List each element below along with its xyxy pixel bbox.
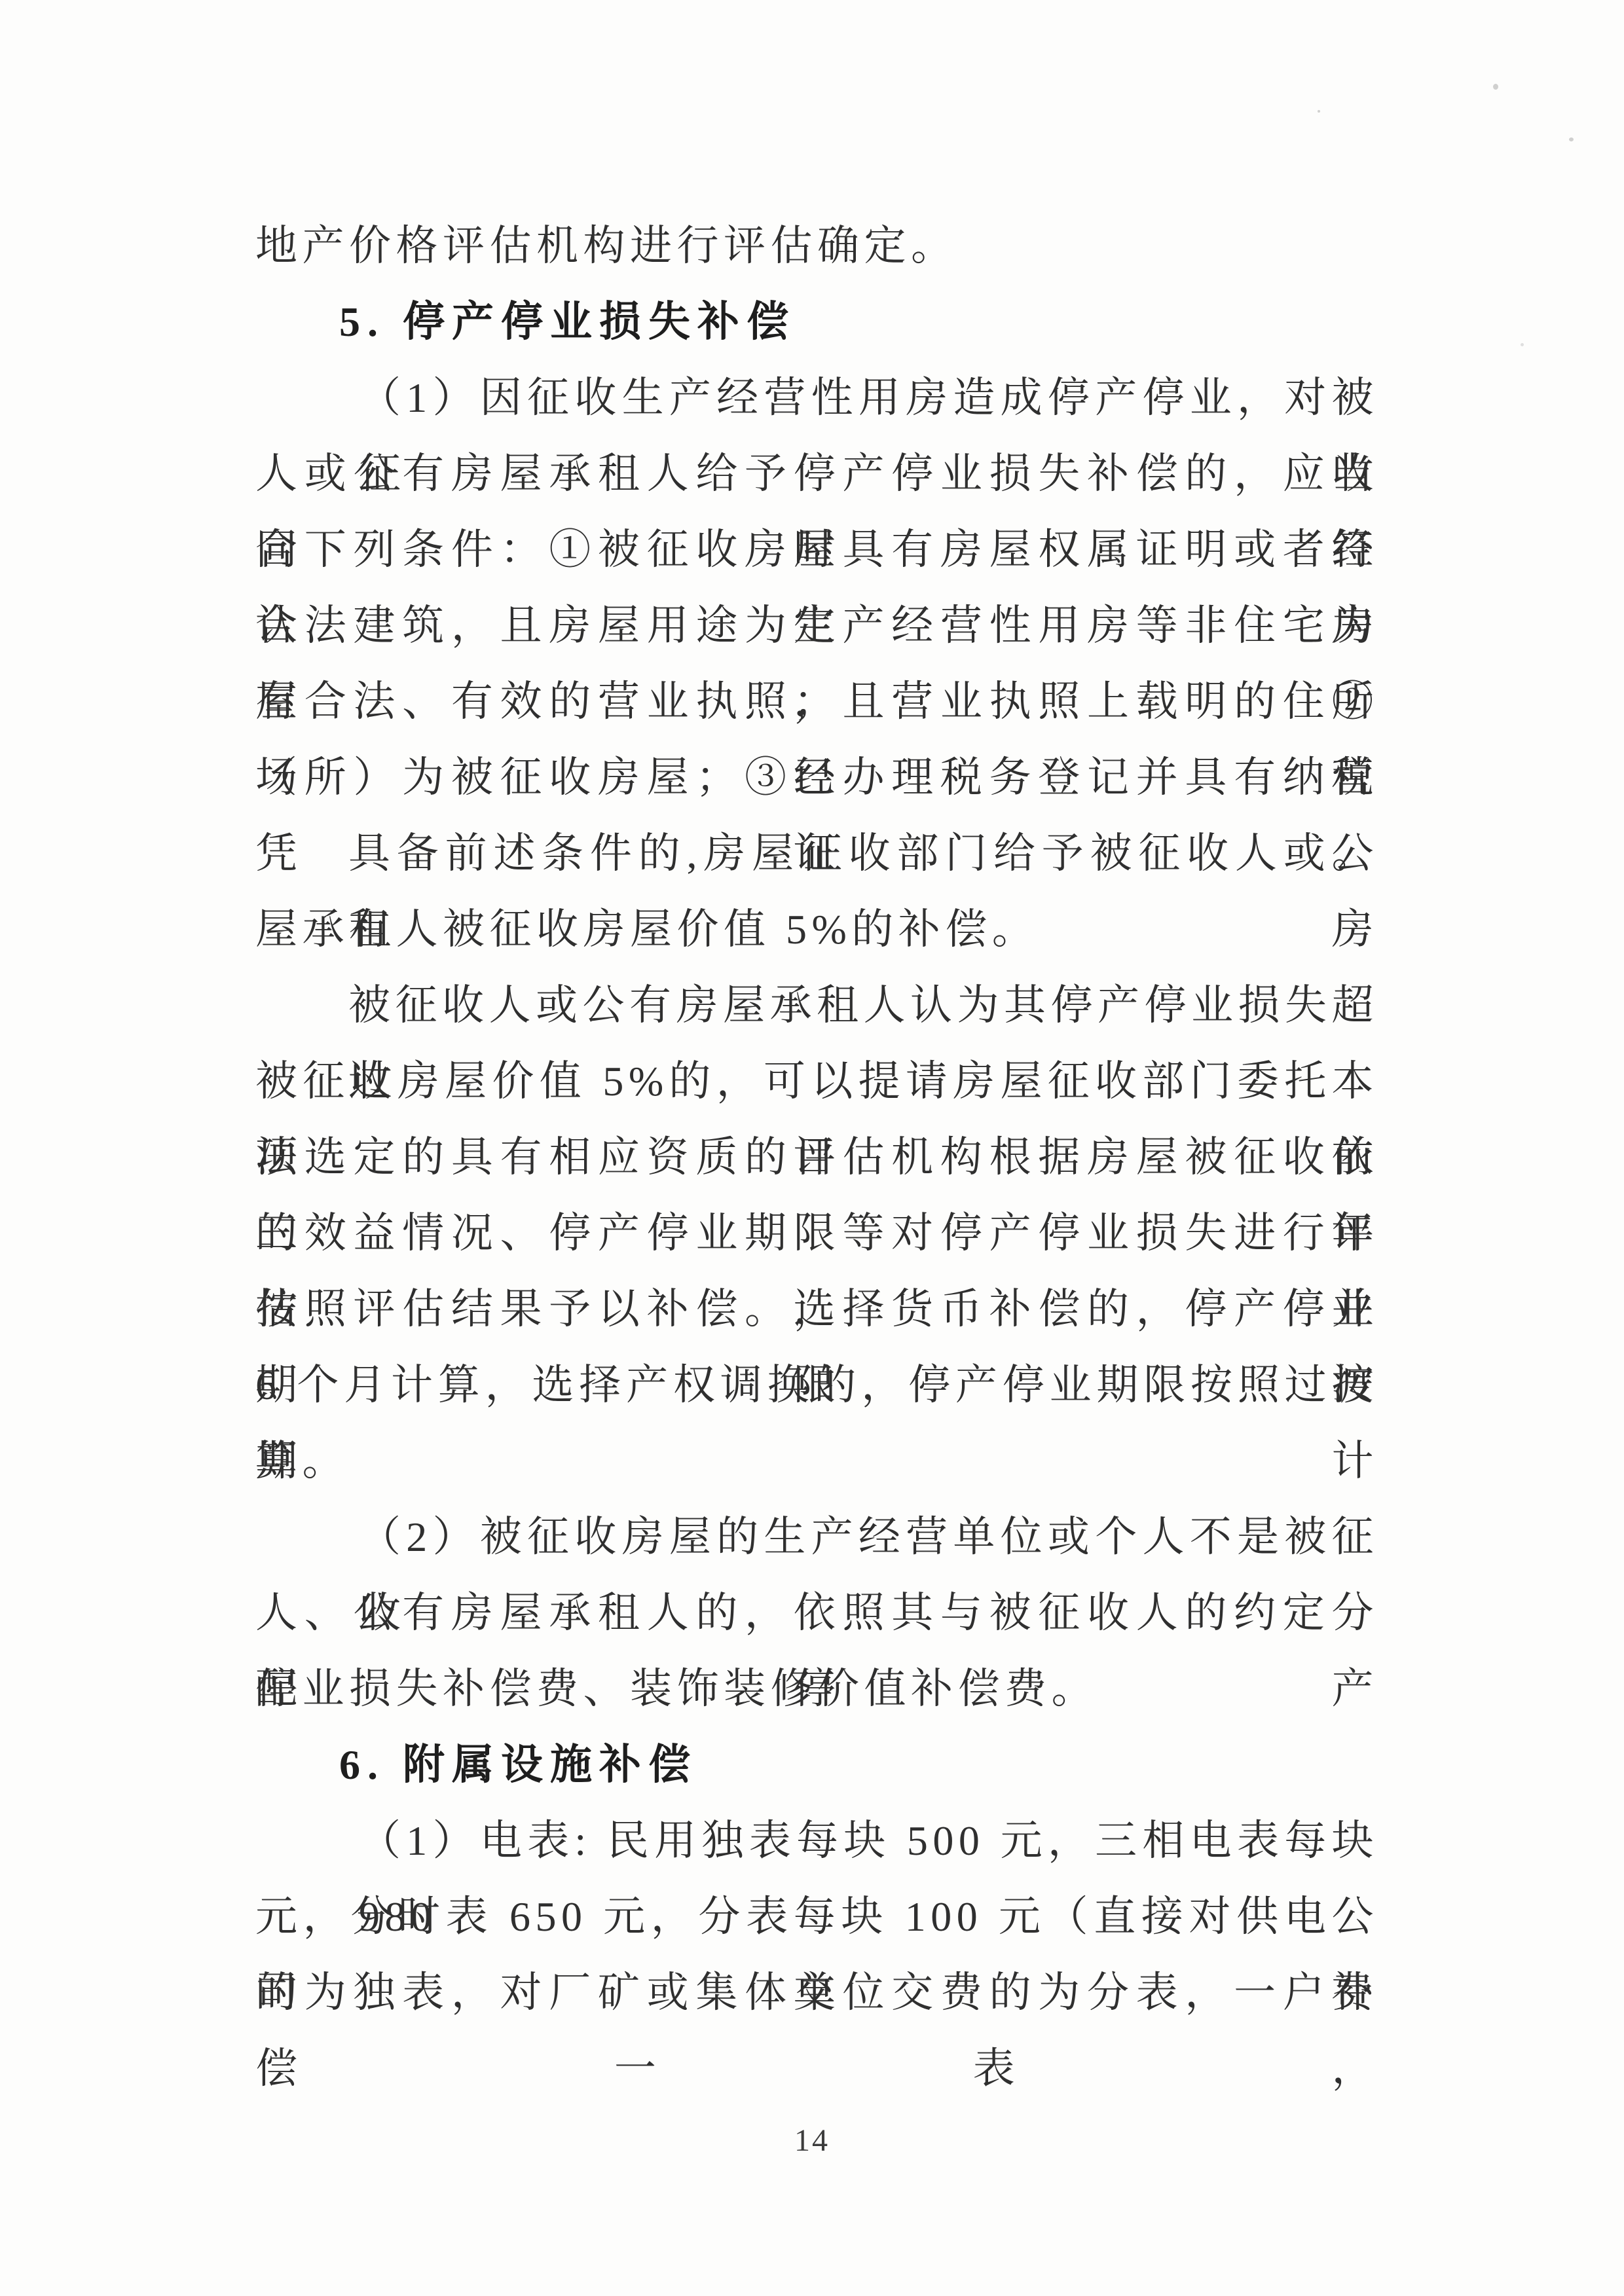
page-number: 14 <box>0 2123 1624 2159</box>
scan-speck <box>1521 343 1524 346</box>
text-line: （2）被征收房屋的生产经营单位或个人不是被征收 <box>255 1499 1378 1575</box>
text-line: 元，分时表 650 元，分表每块 100 元（直接对供电公司交费 <box>255 1879 1378 1955</box>
text-line: 的效益情况、停产停业期限等对停产停业损失进行评估，并 <box>255 1195 1378 1271</box>
section-heading: 5. 停产停业损失补偿 <box>255 284 1378 360</box>
page-content: 地产价格评估机构进行评估确定。5. 停产停业损失补偿（1）因征收生产经营性用房造… <box>255 208 1378 2031</box>
text-line: 场所）为被征收房屋；③已办理税务登记并具有纳税凭证。 <box>255 740 1378 816</box>
text-line: 法选定的具有相应资质的评估机构根据房屋被征收前三年 <box>255 1120 1378 1195</box>
text-line: 6 个月计算，选择产权调换的，停产停业期限按照过渡期计 <box>255 1347 1378 1423</box>
text-line: （1）因征收生产经营性用房造成停产停业，对被征收 <box>255 360 1378 436</box>
text-line: （1）电表: 民用独表每块 500 元，三相电表每块 980 <box>255 1803 1378 1879</box>
text-line: 具备前述条件的,房屋征收部门给予被征收人或公有房 <box>255 816 1378 892</box>
text-line: 人或公有房屋承租人给予停产停业损失补偿的，应当同时符 <box>255 436 1378 512</box>
text-line: 的为独表，对厂矿或集体单位交费的为分表，一户补偿一表， <box>255 1955 1378 2031</box>
scan-speck <box>1493 84 1498 90</box>
text-line: 合下列条件：①被征收房屋具有房屋权属证明或者经认定为 <box>255 512 1378 588</box>
text-line: 合法建筑，且房屋用途为生产经营性用房等非住宅房屋；② <box>255 588 1378 664</box>
scanned-document-page: 地产价格评估机构进行评估确定。5. 停产停业损失补偿（1）因征收生产经营性用房造… <box>0 0 1624 2296</box>
text-line: 被征收房屋价值 5%的，可以提请房屋征收部门委托本项目依 <box>255 1044 1378 1120</box>
text-line: 被征收人或公有房屋承租人认为其停产停业损失超过 <box>255 968 1378 1044</box>
scan-speck <box>1569 137 1574 141</box>
text-line: 按照评估结果予以补偿。选择货币补偿的，停产停业期限按 <box>255 1271 1378 1347</box>
section-heading: 6. 附属设施补偿 <box>255 1727 1378 1803</box>
text-line: 人、公有房屋承租人的，依照其与被征收人的约定分配停产 <box>255 1575 1378 1651</box>
text-line: 有合法、有效的营业执照，且营业执照上载明的住所（经营 <box>255 664 1378 740</box>
text-line: 地产价格评估机构进行评估确定。 <box>255 208 1378 284</box>
scan-speck <box>1318 110 1320 113</box>
